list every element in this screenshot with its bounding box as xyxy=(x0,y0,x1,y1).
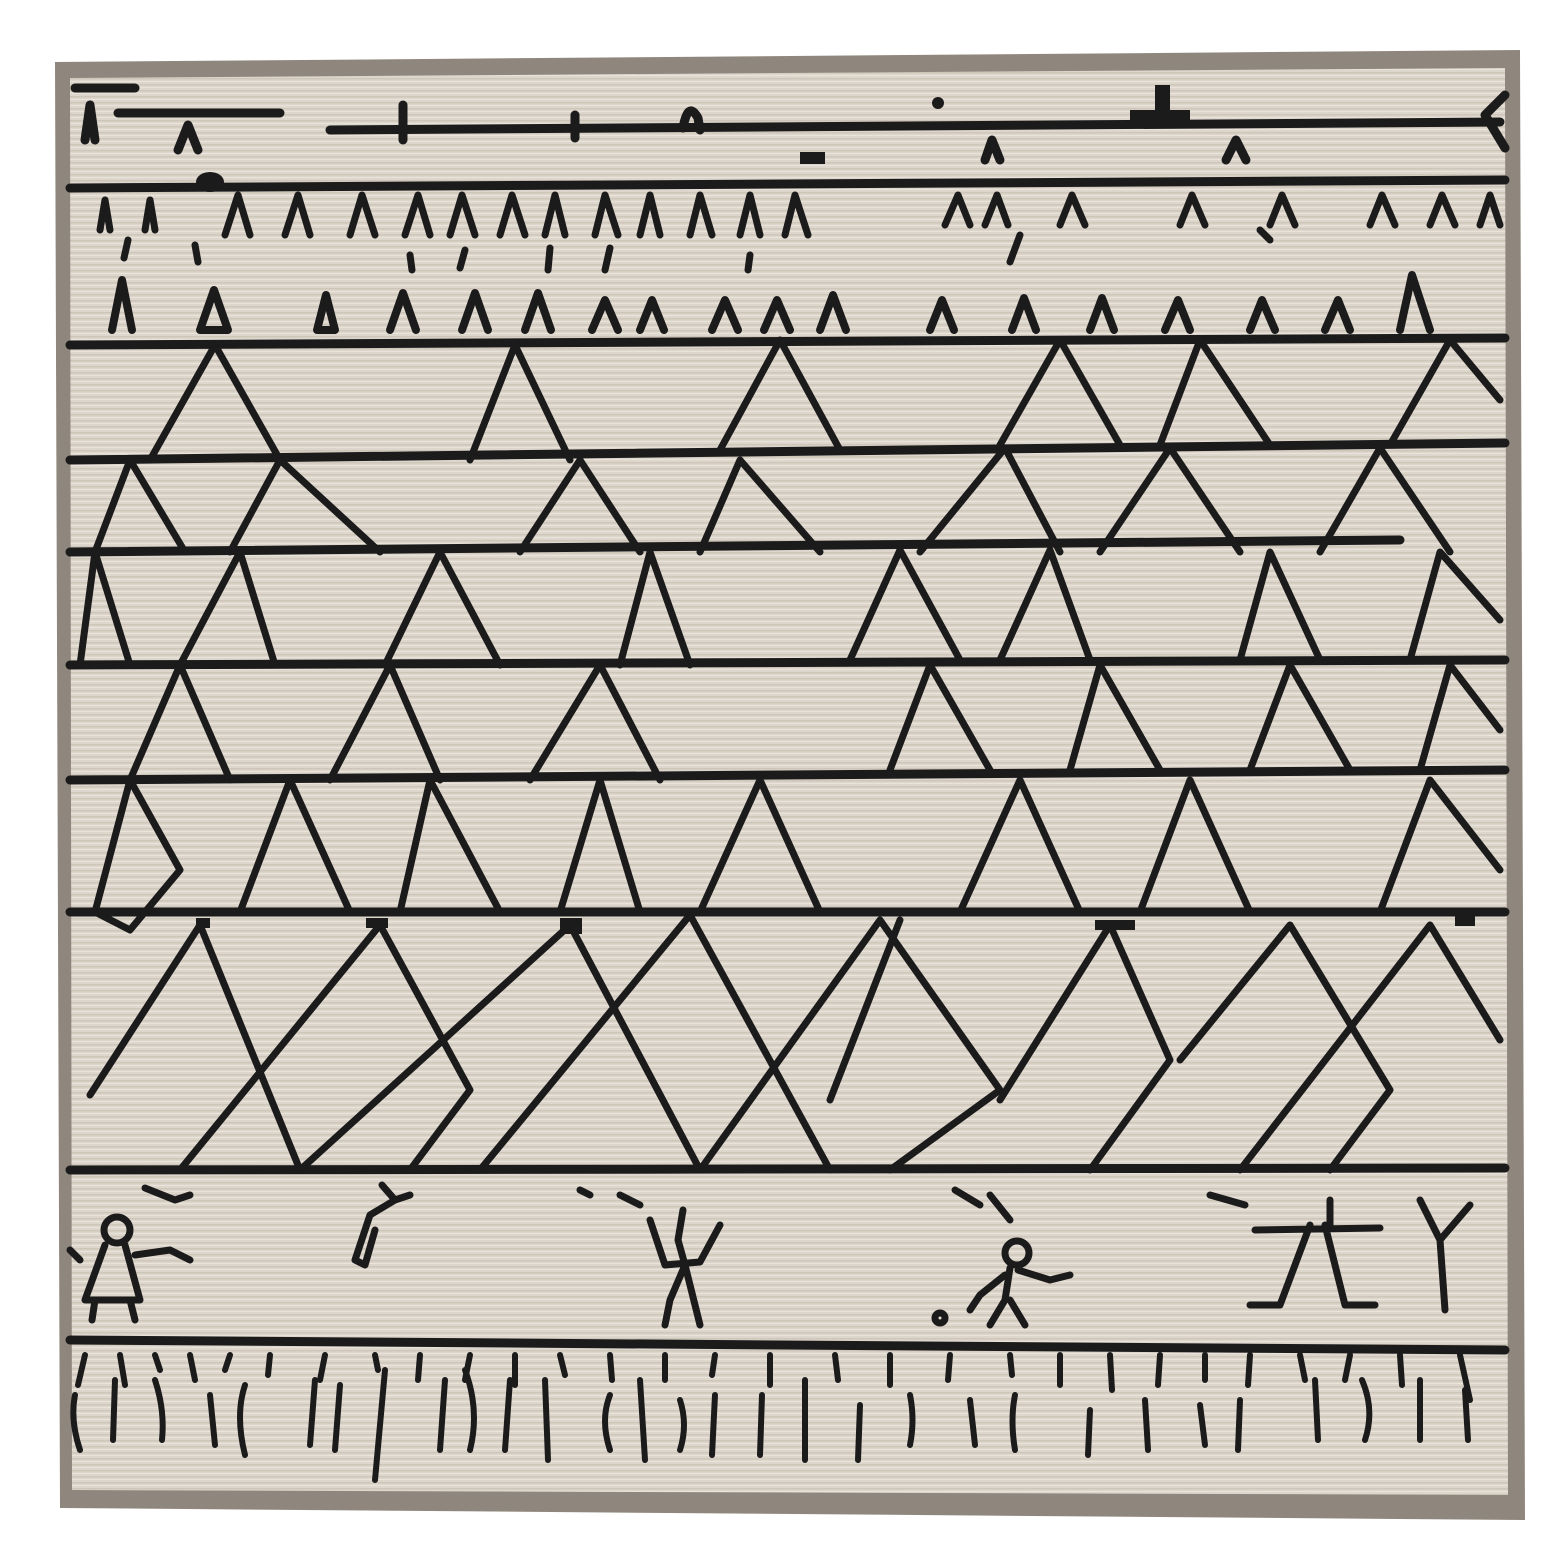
rug-photograph xyxy=(0,0,1561,1561)
